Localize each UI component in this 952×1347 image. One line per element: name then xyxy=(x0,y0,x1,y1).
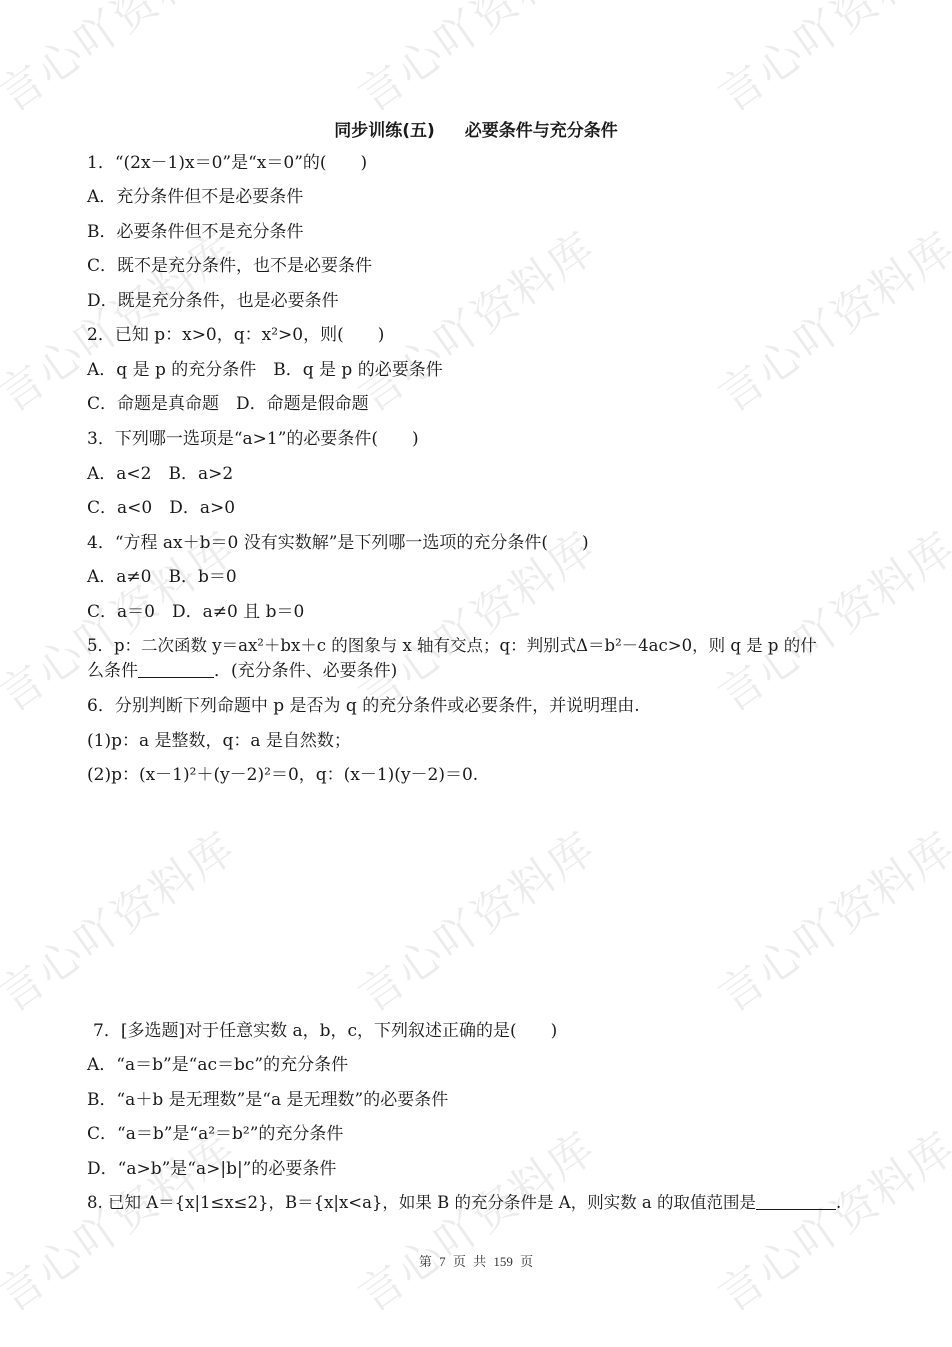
question-1-option-a: A．充分条件但不是必要条件 xyxy=(87,186,303,208)
question-7-stem: 7．[多选题]对于任意实数 a，b，c，下列叙述正确的是( ) xyxy=(93,1020,557,1042)
question-3-stem: 3．下列哪一选项是“a>1”的必要条件( ) xyxy=(87,428,419,450)
question-4-options-cd: C．a＝0 D．a≠0 且 b＝0 xyxy=(87,601,304,623)
question-8-stem: 8. 已知 A＝{x|1≤x≤2}，B＝{x|x<a}，如果 B 的充分条件是 … xyxy=(87,1192,841,1214)
question-7-option-b: B．“a＋b 是无理数”是“a 是无理数”的必要条件 xyxy=(87,1089,448,1111)
document-page: 同步训练(五)必要条件与充分条件 1．“(2x－1)x＝0”是“x＝0”的( )… xyxy=(0,0,952,1347)
question-1-stem: 1．“(2x－1)x＝0”是“x＝0”的( ) xyxy=(87,152,367,174)
page-footer: 第 7 页 共 159 页 xyxy=(0,1251,952,1270)
question-6-part-2: (2)p：(x－1)²＋(y－2)²＝0，q：(x－1)(y－2)＝0. xyxy=(87,764,478,786)
question-1-option-c: C．既不是充分条件，也不是必要条件 xyxy=(87,255,372,277)
question-7-option-a: A．“a＝b”是“ac＝bc”的充分条件 xyxy=(87,1054,348,1076)
question-7-option-d: D．“a>b”是“a>|b|”的必要条件 xyxy=(87,1158,336,1180)
title-topic: 必要条件与充分条件 xyxy=(465,121,618,141)
question-6-part-1: (1)p：a 是整数，q：a 是自然数； xyxy=(87,730,351,752)
question-2-options-cd: C．命题是真命题 D．命题是假命题 xyxy=(87,393,369,415)
question-3-options-ab: A．a<2 B．a>2 xyxy=(87,463,233,485)
title-section: 同步训练(五) xyxy=(334,121,435,141)
question-5-line-2: 么条件．(充分条件、必要条件) xyxy=(87,660,397,682)
question-7-option-c: C．“a＝b”是“a²＝b²”的充分条件 xyxy=(87,1123,343,1145)
question-5-line-1: 5．p：二次函数 y＝ax²＋bx＋c 的图象与 x 轴有交点；q：判别式Δ＝b… xyxy=(87,635,817,657)
question-2-options-ab: A．q 是 p 的充分条件 B．q 是 p 的必要条件 xyxy=(87,359,443,381)
answer-blank[interactable] xyxy=(756,1193,836,1210)
question-1-option-b: B．必要条件但不是充分条件 xyxy=(87,221,304,243)
question-2-stem: 2．已知 p：x>0，q：x²>0，则( ) xyxy=(87,324,384,346)
question-3-options-cd: C．a<0 D．a>0 xyxy=(87,497,235,519)
question-4-options-ab: A．a≠0 B．b＝0 xyxy=(87,566,237,588)
question-6-stem: 6．分别判断下列命题中 p 是否为 q 的充分条件或必要条件，并说明理由. xyxy=(87,695,640,717)
question-4-stem: 4．“方程 ax＋b＝0 没有实数解”是下列哪一选项的充分条件( ) xyxy=(87,532,589,554)
answer-blank[interactable] xyxy=(138,661,214,678)
question-1-option-d: D．既是充分条件，也是必要条件 xyxy=(87,290,339,312)
page-title: 同步训练(五)必要条件与充分条件 xyxy=(0,116,952,141)
